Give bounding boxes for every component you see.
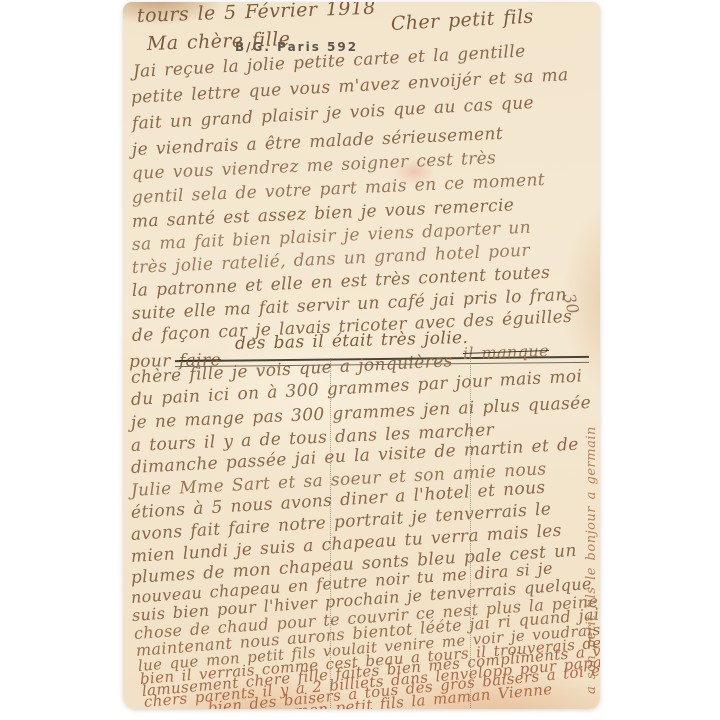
postcard: B/G. Paris 592 30 a son petit fils le bo… bbox=[123, 2, 600, 709]
handwritten-line: des bas il était très jolie. bbox=[235, 330, 469, 354]
photo-background: B/G. Paris 592 30 a son petit fils le bo… bbox=[0, 0, 720, 720]
handwritten-line: Cher petit fils bbox=[390, 8, 534, 35]
handwritten-line: il manque bbox=[463, 343, 549, 363]
handwritten-line: tours le 5 Février 1918 bbox=[137, 2, 376, 27]
